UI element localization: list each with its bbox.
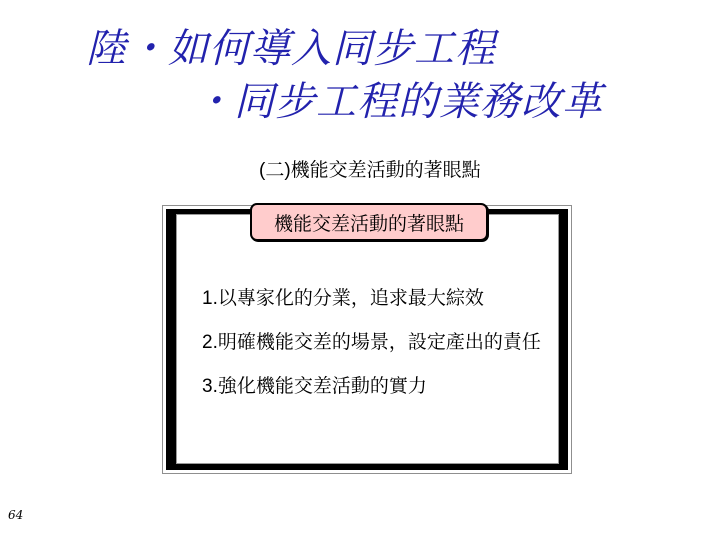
content-frame-inner: 1.以專家化的分業，追求最大綜效 2.明確機能交差的場景，設定產出的責任 3.強… xyxy=(176,214,559,464)
list-item: 3.強化機能交差活動的實力 xyxy=(202,375,427,399)
slide-title-line-1: 陸・如何導入同步工程 xyxy=(86,23,603,76)
content-frame: 1.以專家化的分業，追求最大綜效 2.明確機能交差的場景，設定產出的責任 3.強… xyxy=(162,205,572,474)
slide-title: 陸・如何導入同步工程 ・同步工程的業務改革 xyxy=(86,23,603,129)
content-frame-band: 1.以專家化的分業，追求最大綜效 2.明確機能交差的場景，設定產出的責任 3.強… xyxy=(166,209,568,470)
slide: 陸・如何導入同步工程 ・同步工程的業務改革 (二)機能交差活動的著眼點 1.以專… xyxy=(0,0,720,540)
slide-subtitle: (二)機能交差活動的著眼點 xyxy=(259,159,481,183)
page-number: 64 xyxy=(8,508,23,522)
slide-title-line-2: ・同步工程的業務改革 xyxy=(193,76,603,129)
panel-header-badge: 機能交差活動的著眼點 xyxy=(250,203,488,241)
list-item: 1.以專家化的分業，追求最大綜效 xyxy=(202,287,484,311)
list-item: 2.明確機能交差的場景，設定產出的責任 xyxy=(202,331,541,355)
